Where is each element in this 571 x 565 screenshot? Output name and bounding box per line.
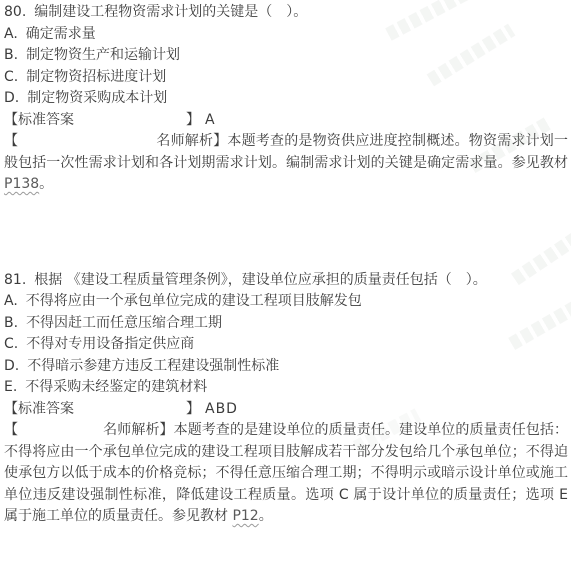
- option-81-b: B.不得因赶工而任意压缩合理工期: [4, 313, 568, 335]
- option-80-c: C.制定物资招标进度计划: [4, 67, 568, 89]
- standard-answer-line-80: 【标准答案】A: [4, 110, 568, 132]
- option-text: 不得因赶工而任意压缩合理工期: [26, 315, 222, 331]
- analysis-spacer: [18, 144, 156, 145]
- option-label: D.: [4, 90, 19, 106]
- question-stem: 根据 《建设工程质量管理条例》，建设单位应承担的质量责任包括（ ）。: [34, 272, 486, 288]
- option-label: A.: [4, 293, 18, 309]
- analysis-spacer: [18, 433, 103, 434]
- answer-spacer: [74, 412, 186, 413]
- option-label: B.: [4, 315, 18, 331]
- question-block-81: 81.根据 《建设工程质量管理条例》，建设单位应承担的质量责任包括（ ）。 A.…: [4, 270, 568, 528]
- option-label: E.: [4, 379, 17, 395]
- analysis-label: 名师解析】: [103, 422, 174, 438]
- option-81-a: A.不得将应由一个承包单位完成的建设工程项目肢解发包: [4, 291, 568, 313]
- analysis-text: 本题考查的是物资供应进度控制概述。物资需求计划一般包括一次性需求计划和各计划期需…: [4, 133, 568, 171]
- option-text: 不得暗示参建方违反工程建设强制性标准: [27, 358, 279, 374]
- option-80-b: B.制定物资生产和运输计划: [4, 45, 568, 67]
- question-block-80: 80.编制建设工程物资需求计划的关键是（ ）。 A.确定需求量 B.制定物资生产…: [4, 2, 568, 196]
- standard-answer-line-81: 【标准答案】ABD: [4, 399, 568, 421]
- question-81-stem-line: 81.根据 《建设工程质量管理条例》，建设单位应承担的质量责任包括（ ）。: [4, 270, 568, 292]
- option-text: 制定物资生产和运输计划: [26, 47, 180, 63]
- textbook-page-ref: P12: [232, 508, 258, 524]
- answer-bracket-open: 【标准答案: [4, 401, 74, 417]
- question-stem: 编制建设工程物资需求计划的关键是（ ）。: [34, 4, 307, 20]
- analysis-suffix: 。: [259, 508, 273, 524]
- option-text: 制定物资招标进度计划: [26, 69, 166, 85]
- option-text: 不得将应由一个承包单位完成的建设工程项目肢解发包: [26, 293, 362, 309]
- option-80-d: D.制定物资采购成本计划: [4, 88, 568, 110]
- document-page: 80.编制建设工程物资需求计划的关键是（ ）。 A.确定需求量 B.制定物资生产…: [0, 0, 571, 565]
- analysis-paragraph-81: 【名师解析】本题考查的是建设单位的质量责任。建设单位的质量责任包括：不得将应由一…: [4, 420, 568, 528]
- option-label: B.: [4, 47, 18, 63]
- option-text: 不得采购未经鉴定的建筑材料: [25, 379, 207, 395]
- answer-bracket-open: 【标准答案: [4, 112, 74, 128]
- standard-answer-value: ABD: [205, 401, 238, 417]
- analysis-paragraph-80: 【名师解析】本题考查的是物资供应进度控制概述。物资需求计划一般包括一次性需求计划…: [4, 131, 568, 196]
- question-number: 80.: [4, 4, 26, 20]
- analysis-label: 名师解析】: [156, 133, 227, 149]
- option-label: A.: [4, 26, 18, 42]
- analysis-text: 本题考查的是建设单位的质量责任。建设单位的质量责任包括：不得将应由一个承包单位完…: [4, 422, 568, 524]
- option-81-e: E.不得采购未经鉴定的建筑材料: [4, 377, 568, 399]
- answer-bracket-close: 】: [186, 401, 200, 417]
- analysis-bracket-open: 【: [4, 133, 18, 149]
- option-80-a: A.确定需求量: [4, 24, 568, 46]
- option-81-c: C.不得对专用设备指定供应商: [4, 334, 568, 356]
- option-text: 不得对专用设备指定供应商: [26, 336, 194, 352]
- analysis-bracket-open: 【: [4, 422, 18, 438]
- answer-bracket-close: 】: [186, 112, 200, 128]
- standard-answer-value: A: [205, 112, 216, 128]
- question-80-stem-line: 80.编制建设工程物资需求计划的关键是（ ）。: [4, 2, 568, 24]
- option-label: D.: [4, 358, 19, 374]
- option-text: 制定物资采购成本计划: [27, 90, 167, 106]
- option-label: C.: [4, 69, 18, 85]
- analysis-suffix: 。: [39, 176, 53, 192]
- textbook-page-ref: P138: [4, 176, 39, 192]
- option-text: 确定需求量: [26, 26, 96, 42]
- option-label: C.: [4, 336, 18, 352]
- option-81-d: D.不得暗示参建方违反工程建设强制性标准: [4, 356, 568, 378]
- question-number: 81.: [4, 272, 26, 288]
- answer-spacer: [74, 123, 186, 124]
